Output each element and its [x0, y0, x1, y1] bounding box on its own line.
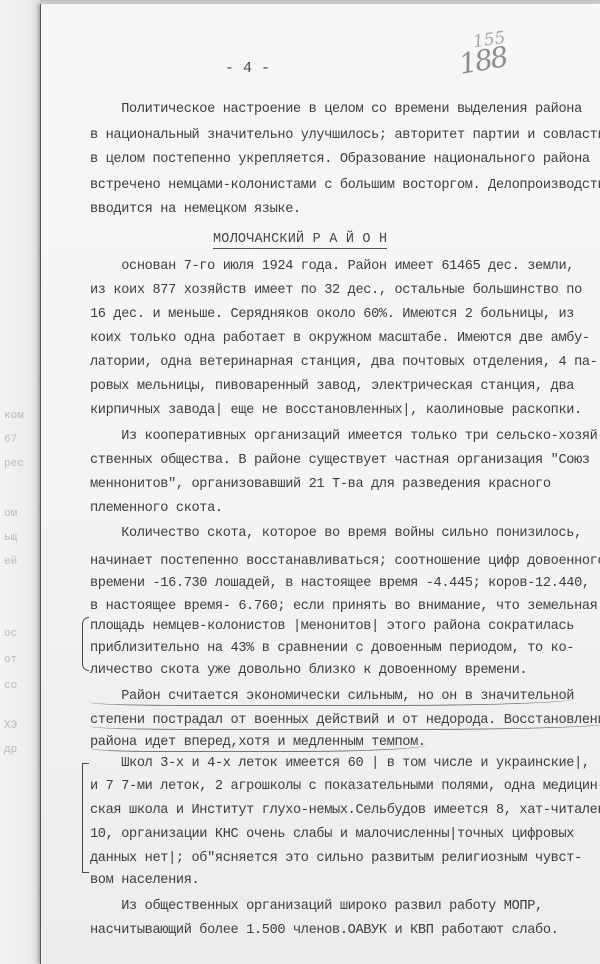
text-line: данных нет|; об"ясняется это сильно разв…: [90, 850, 582, 867]
text-line: 16 дес. и меньше. Серядняков около 60%. …: [90, 306, 574, 323]
text-line: Количество скота, которое во время войны…: [90, 525, 582, 542]
prev-page-fragment: ей: [4, 556, 17, 568]
prev-page-fragment: др: [4, 744, 17, 756]
text-line: и 7 7-ми леток, 2 агрошколы с показатель…: [90, 778, 600, 795]
text-line: вводится на немецком языке.: [90, 201, 301, 218]
text-line: встречено немцами-колонистами с большим …: [90, 177, 600, 194]
text-line: степени пострадал от военных действий и …: [90, 712, 600, 730]
prev-page-fragment: ос: [4, 628, 17, 640]
text-line: площадь немцев-колонистов |менонитов| эт…: [90, 618, 574, 635]
prev-page-fragment: рес: [4, 458, 24, 470]
prev-page-fragment: ьщ: [4, 532, 17, 544]
archive-number: 188: [456, 40, 508, 81]
text-line: в национальный значительно улучшилось; а…: [90, 127, 600, 144]
archive-folio-stamp: 155 188: [455, 30, 525, 90]
text-line: из коих 877 хозяйств имеет по 32 дес., о…: [90, 282, 582, 299]
text-line: в целом постепенно укрепляется. Образова…: [90, 151, 590, 168]
page-number: - 4 -: [225, 60, 270, 77]
text-line: насчитывающий более 1.500 членов.ОАВУК и…: [90, 922, 558, 939]
text-line: племенного скота.: [90, 500, 223, 517]
handwritten-bracket: [82, 617, 89, 671]
handwritten-bracket: [82, 763, 89, 873]
text-line: Школ 3-х и 4-х леток имеется 60 | в том …: [90, 755, 590, 772]
prev-page-fragment: 67: [4, 434, 17, 446]
text-line: ская школа и Институт глухо-немых.Сельбу…: [90, 802, 600, 819]
text-line: в настоящее время- 6.760; если принять в…: [90, 598, 598, 615]
text-line: Из общественных организаций широко разви…: [90, 898, 543, 915]
text-line: времени -16.730 лошадей, в настоящее вре…: [90, 575, 590, 592]
text-line: Политическое настроение в целом со време…: [90, 101, 582, 118]
previous-page-edge: ком 67 рес ом ьщ ей ос от со ХЭ др: [0, 0, 40, 964]
text-line: Из кооперативных организаций имеется тол…: [90, 428, 600, 445]
prev-page-fragment: ком: [4, 410, 24, 422]
text-line: основан 7-го июля 1924 года. Район имеет…: [90, 258, 574, 275]
text-line: начинает постепенно восстанавливаться; с…: [90, 553, 600, 570]
prev-page-fragment: от: [4, 654, 17, 666]
section-heading: МОЛОЧАНСКИЙ Р А Й О Н: [213, 232, 387, 249]
text-line: кирпичных завода| еще не восстановленных…: [90, 402, 582, 419]
prev-page-fragment: со: [4, 680, 17, 692]
text-line: 10, организации КНС очень слабы и малочи…: [90, 826, 574, 843]
text-line: района идет вперед,хотя и медленным темп…: [90, 734, 426, 752]
text-line: латории, одна ветеринарная станция, два …: [90, 354, 598, 371]
text-line: приблизительно на 43% в сравнении с дово…: [90, 640, 574, 657]
text-line: вом населения.: [90, 872, 199, 889]
text-line: меннонитов", организовавший 21 Т-ва для …: [90, 476, 551, 493]
text-line: личество скота уже довольно близко к дов…: [90, 662, 527, 679]
prev-page-fragment: ХЭ: [4, 720, 17, 732]
text-line: коих только одна работает в окружном мас…: [90, 330, 590, 347]
text-line: ственных общества. В районе существует ч…: [90, 452, 590, 469]
prev-page-fragment: ом: [4, 508, 17, 520]
text-line: Район считается экономически сильным, но…: [90, 688, 574, 706]
text-line: ровых мельницы, пивоваренный завод, элек…: [90, 378, 574, 395]
